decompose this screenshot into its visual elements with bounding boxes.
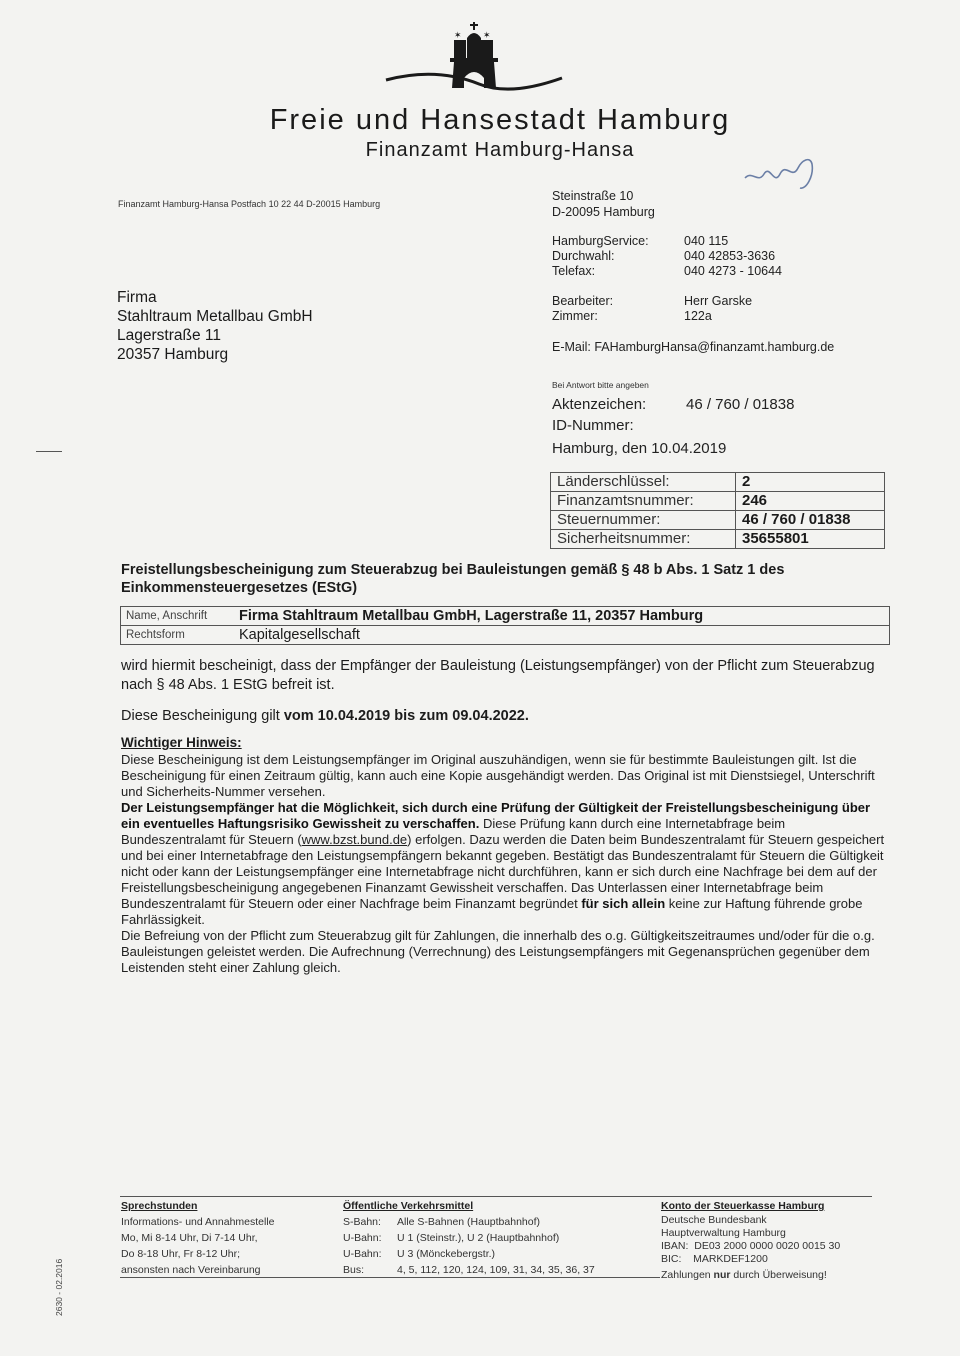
recipient-address: Firma Stahltraum Metallbau GmbH Lagerstr… — [117, 288, 313, 364]
validity-period: vom 10.04.2019 bis zum 09.04.2022. — [284, 708, 529, 724]
bank-line: Deutsche Bundesbank — [661, 1214, 840, 1227]
svg-text:✶: ✶ — [483, 30, 491, 40]
recipient-line: 20357 Hamburg — [117, 345, 313, 364]
notice-bold: für sich allein — [581, 896, 665, 911]
table-row: Steuernummer:46 / 760 / 01838 — [551, 511, 885, 530]
reply-note: Bei Antwort bitte angeben — [552, 380, 649, 390]
transport-value: Alle S-Bahnen (Hauptbahnhof) — [397, 1216, 540, 1228]
bzst-link[interactable]: www.bzst.bund.de — [302, 832, 408, 847]
notice-paragraph: Diese Bescheinigung ist dem Leistungsemp… — [121, 752, 891, 800]
recipient-line: Stahltraum Metallbau GmbH — [117, 307, 313, 326]
document-heading: Freistellungsbescheinigung zum Steuerabz… — [121, 561, 881, 597]
contact-row: HamburgService:040 115 — [552, 234, 728, 248]
table-row: Finanzamtsnummer:246 — [551, 492, 885, 511]
id-value: 35655801 — [736, 530, 885, 549]
footer-line: Do 8-18 Uhr, Fr 8-12 Uhr; — [121, 1246, 275, 1262]
payment-text: durch Überweisung! — [730, 1269, 826, 1281]
recipient-line: Lagerstraße 11 — [117, 326, 313, 345]
transport-row: U-Bahn:U 1 (Steinstr.), U 2 (Hauptbahnho… — [343, 1230, 595, 1246]
transport-value: 4, 5, 112, 120, 124, 109, 31, 34, 35, 36… — [397, 1264, 595, 1276]
contact-label: Durchwahl: — [552, 249, 684, 263]
contact-label: Telefax: — [552, 264, 684, 278]
contact-row: Telefax:040 4273 - 10644 — [552, 264, 782, 278]
transport-label: Bus: — [343, 1262, 397, 1278]
id-label: Sicherheitsnummer: — [551, 530, 736, 549]
transport-value: U 1 (Steinstr.), U 2 (Hauptbahnhof) — [397, 1232, 559, 1244]
table-row: RechtsformKapitalgesellschaft — [121, 626, 890, 645]
notice-title: Wichtiger Hinweis: — [121, 735, 242, 750]
bank-line: Hauptverwaltung Hamburg — [661, 1227, 840, 1240]
id-label: Finanzamtsnummer: — [551, 492, 736, 511]
contact-label: Bearbeiter: — [552, 294, 684, 308]
transport-row: S-Bahn:Alle S-Bahnen (Hauptbahnhof) — [343, 1214, 595, 1230]
footer-line: Informations- und Annahmestelle — [121, 1214, 275, 1230]
reference-label: ID-Nummer: — [552, 417, 686, 434]
fold-mark — [36, 451, 62, 452]
footer-divider — [120, 1196, 872, 1197]
hamburg-coat-of-arms-icon: ✶ ✶ — [384, 18, 564, 98]
confirmation-text: wird hiermit bescheinigt, dass der Empfä… — [121, 657, 891, 695]
bank-line: IBAN: DE03 2000 0000 0020 0015 30 — [661, 1240, 840, 1253]
transport-label: U-Bahn: — [343, 1246, 397, 1262]
contact-value: Herr Garske — [684, 294, 752, 308]
id-value: 2 — [736, 473, 885, 492]
footer-office-hours: Sprechstunden Informations- und Annahmes… — [121, 1198, 275, 1278]
footer-line: Mo, Mi 8-14 Uhr, Di 7-14 Uhr, — [121, 1230, 275, 1246]
id-value: 246 — [736, 492, 885, 511]
footer-heading: Öffentliche Verkehrsmittel — [343, 1198, 595, 1214]
party-value: Firma Stahltraum Metallbau GmbH, Lagerst… — [234, 607, 890, 626]
transport-value: U 3 (Mönckebergstr.) — [397, 1248, 495, 1260]
office-street: Steinstraße 10 — [552, 188, 655, 204]
letter-date: Hamburg, den 10.04.2019 — [552, 440, 726, 457]
table-row: Länderschlüssel:2 — [551, 473, 885, 492]
transport-row: U-Bahn:U 3 (Mönckebergstr.) — [343, 1246, 595, 1262]
contact-label: HamburgService: — [552, 234, 684, 248]
reference-row: ID-Nummer: — [552, 417, 686, 434]
contact-value: 040 42853-3636 — [684, 249, 775, 263]
transport-row: Bus:4, 5, 112, 120, 124, 109, 31, 34, 35… — [343, 1262, 595, 1278]
footer-transport: Öffentliche Verkehrsmittel S-Bahn:Alle S… — [343, 1198, 595, 1278]
bank-line: BIC: MARKDEF1200 — [661, 1253, 840, 1266]
id-label: Länderschlüssel: — [551, 473, 736, 492]
validity-statement: Diese Bescheinigung gilt vom 10.04.2019 … — [121, 708, 529, 724]
notice-paragraph: Die Befreiung von der Pflicht zum Steuer… — [121, 928, 891, 976]
payment-note: Zahlungen nur durch Überweisung! — [661, 1269, 840, 1282]
party-label: Name, Anschrift — [121, 607, 235, 626]
svg-text:✶: ✶ — [454, 30, 462, 40]
payment-text: Zahlungen — [661, 1269, 714, 1281]
party-value: Kapitalgesellschaft — [234, 626, 890, 645]
contact-value: 040 4273 - 10644 — [684, 264, 782, 278]
footer-bank: Konto der Steuerkasse Hamburg Deutsche B… — [661, 1198, 840, 1282]
signature-mark — [740, 150, 830, 200]
contact-value: 040 115 — [684, 234, 728, 248]
validity-prefix: Diese Bescheinigung gilt — [121, 708, 284, 724]
party-table: Name, AnschriftFirma Stahltraum Metallba… — [120, 606, 890, 645]
table-row: Name, AnschriftFirma Stahltraum Metallba… — [121, 607, 890, 626]
payment-bold: nur — [714, 1269, 731, 1281]
contact-value: 122a — [684, 309, 712, 323]
email-address[interactable]: E-Mail: FAHamburgHansa@finanzamt.hamburg… — [552, 340, 834, 354]
sender-return-address: Finanzamt Hamburg-Hansa Postfach 10 22 4… — [118, 199, 380, 209]
footer-heading: Sprechstunden — [121, 1198, 275, 1214]
contact-row: Durchwahl:040 42853-3636 — [552, 249, 775, 263]
notice-body: Diese Bescheinigung ist dem Leistungsemp… — [121, 752, 891, 976]
letterhead-title: Freie und Hansestadt Hamburg — [0, 104, 960, 137]
id-label: Steuernummer: — [551, 511, 736, 530]
contact-row: Zimmer:122a — [552, 309, 712, 323]
transport-label: S-Bahn: — [343, 1214, 397, 1230]
footer-heading: Konto der Steuerkasse Hamburg — [661, 1198, 840, 1214]
id-value: 46 / 760 / 01838 — [736, 511, 885, 530]
contact-row: Bearbeiter:Herr Garske — [552, 294, 752, 308]
reference-value: 46 / 760 / 01838 — [686, 396, 794, 413]
footer-divider — [120, 1277, 660, 1278]
office-address: Steinstraße 10 D-20095 Hamburg — [552, 188, 655, 220]
reference-row: Aktenzeichen:46 / 760 / 01838 — [552, 396, 794, 413]
notice-paragraph: Der Leistungsempfänger hat die Möglichke… — [121, 800, 891, 928]
table-row: Sicherheitsnummer:35655801 — [551, 530, 885, 549]
transport-label: U-Bahn: — [343, 1230, 397, 1246]
reference-label: Aktenzeichen: — [552, 396, 686, 413]
form-code: 2630 - 02.2016 — [54, 1259, 64, 1316]
tax-ids-table: Länderschlüssel:2 Finanzamtsnummer:246 S… — [550, 472, 885, 549]
office-city: D-20095 Hamburg — [552, 204, 655, 220]
contact-label: Zimmer: — [552, 309, 684, 323]
party-label: Rechtsform — [121, 626, 235, 645]
footer-line: ansonsten nach Vereinbarung — [121, 1262, 275, 1278]
recipient-line: Firma — [117, 288, 313, 307]
